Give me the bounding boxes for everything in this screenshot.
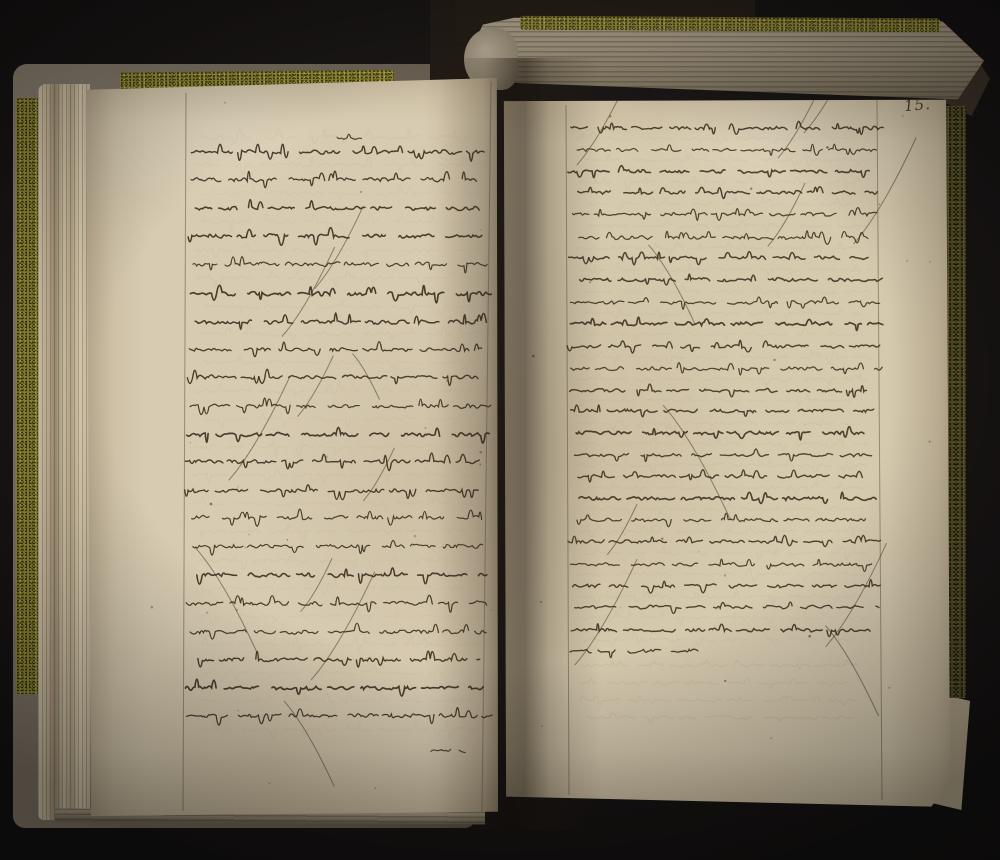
manuscript-photo: 15. <box>0 0 1000 860</box>
left-page-stack-edges <box>38 84 90 820</box>
right-page <box>503 94 951 808</box>
left-page <box>86 78 498 816</box>
folio-page-number: 15. <box>903 95 931 115</box>
right-sprinkled-top-edge <box>520 16 940 33</box>
left-sprinkled-fore-edge <box>16 98 40 694</box>
